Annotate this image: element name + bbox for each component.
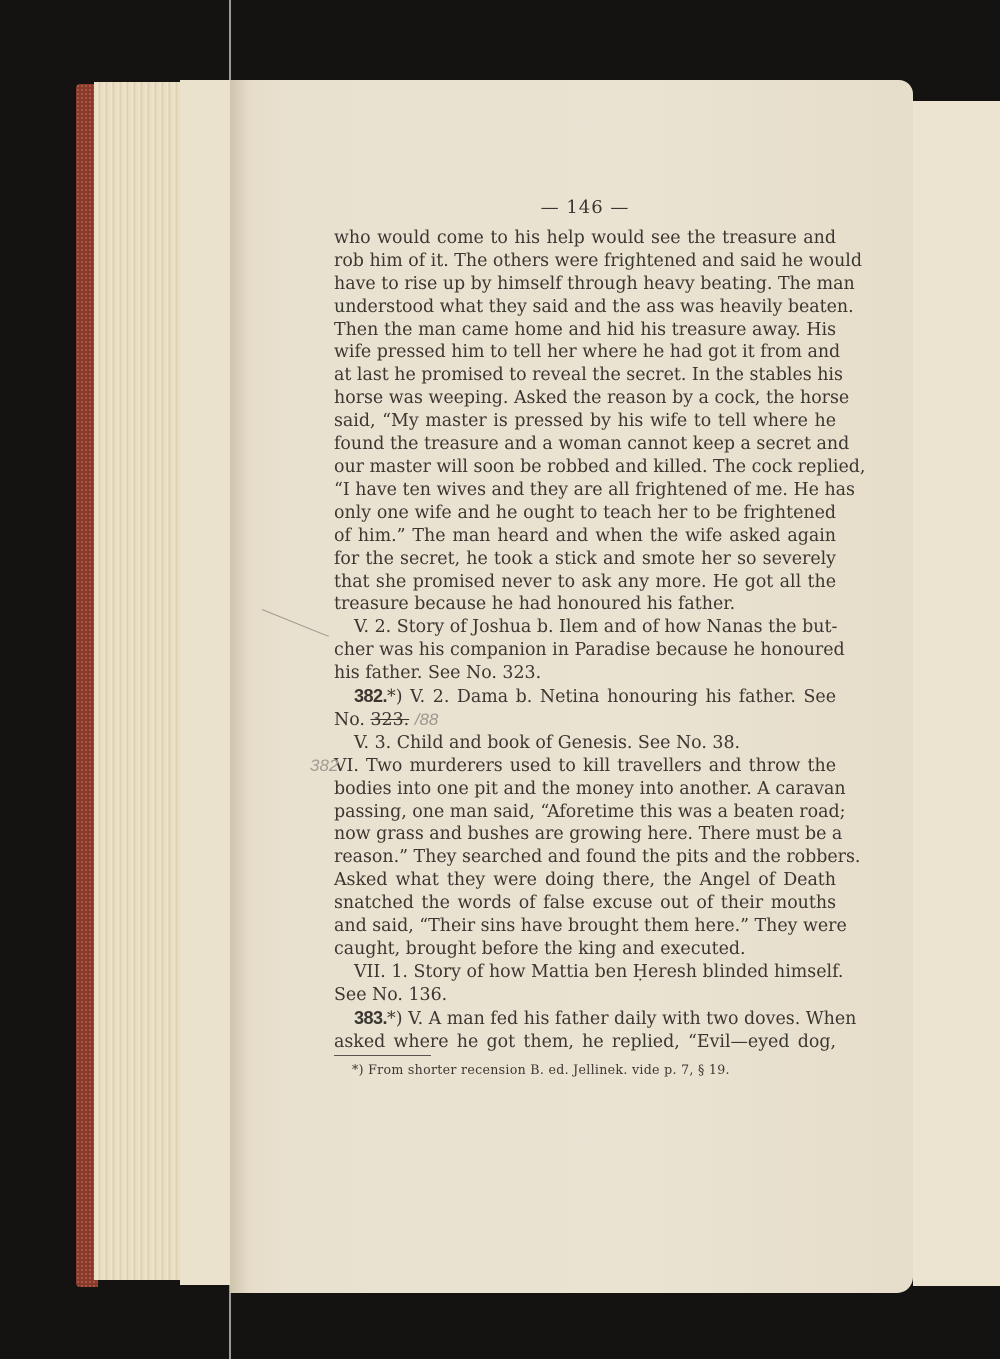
text-line: only one wife and he ought to teach her … [334,502,836,525]
text-line: treasure because he had honoured his fat… [334,593,836,616]
entry-382-text: V. 2. Dama b. Netina honouring his fathe… [410,687,836,707]
entry-383-text: V. A man fed his father daily with two d… [408,1009,856,1029]
pencil-correction: /88 [415,710,439,729]
section-vi-line: passing, one man said, “Aforetime this w… [334,801,836,824]
footnote: *) From shorter recension B. ed. Jelline… [334,1061,836,1079]
text-line: Then the man came home and hid his treas… [334,319,836,342]
page-text: — 146 — who would come to his help would… [334,197,836,1079]
section-vi-line: 382 VI. Two murderers used to kill trave… [334,755,836,778]
text-line: have to rise up by himself through heavy… [334,273,836,296]
text-line: understood what they said and the ass wa… [334,296,836,319]
entry-number-383: 383. [354,1008,387,1028]
section-vi-line: reason.” They searched and found the pit… [334,846,836,869]
section-v2-line: cher was his companion in Paradise becau… [334,639,836,662]
text-line: who would come to his help would see the… [334,227,836,250]
entry-382-ref-prefix: No. [334,710,365,730]
text-line: “I have ten wives and they are all frigh… [334,479,836,502]
text-line: that she promised never to ask any more.… [334,571,836,594]
text-line: for the secret, he took a stick and smot… [334,548,836,571]
text-line: at last he promised to reveal the secret… [334,364,836,387]
section-vi-line: caught, brought before the king and exec… [334,938,836,961]
entry-382-line2: No. 323. /88 [334,709,836,732]
section-v2-line: V. 2. Story of Joshua b. Ilem and of how… [334,616,836,639]
section-vi-line: snatched the words of false excuse out o… [334,892,836,915]
text-line: wife pressed him to tell her where he ha… [334,341,836,364]
entry-383-line2: asked where he got them, he replied, “Ev… [334,1031,836,1054]
text-line: of him.” The man heard and when the wife… [334,525,836,548]
text-line: horse was weeping. Asked the reason by a… [334,387,836,410]
entry-383-line: 383.*) V. A man fed his father daily wit… [334,1007,836,1031]
section-vii-line: VII. 1. Story of how Mattia ben Ḥeresh b… [334,961,836,984]
footnote-marker: *) [387,687,402,707]
gutter-shadow [230,80,250,1293]
page-stack [94,82,194,1280]
right-page-edge [913,101,1000,1286]
section-vi-line: Asked what they were doing there, the An… [334,869,836,892]
footnote-marker: *) [387,1009,402,1029]
text-line: rob him of it. The others were frightene… [334,250,836,273]
entry-382-line: 382.*) V. 2. Dama b. Netina honouring hi… [334,685,836,709]
text-line: found the treasure and a woman cannot ke… [334,433,836,456]
section-v2-line: his father. See No. 323. [334,662,836,685]
section-vii-line: See No. 136. [334,984,836,1007]
section-vi-line: now grass and bushes are growing here. T… [334,823,836,846]
footnote-divider [334,1055,431,1056]
pencil-margin-note: 382 [310,755,338,778]
text-line: our master will soon be robbed and kille… [334,456,836,479]
section-vi-line: bodies into one pit and the money into a… [334,778,836,801]
section-vi-text: VI. Two murderers used to kill traveller… [334,756,836,776]
text-line: said, “My master is pressed by his wife … [334,410,836,433]
section-v3-line: V. 3. Child and book of Genesis. See No.… [334,732,836,755]
page-number: — 146 — [334,197,836,220]
entry-number-382: 382. [354,686,387,706]
struck-reference: 323. [370,710,409,730]
section-vi-line: and said, “Their sins have brought them … [334,915,836,938]
